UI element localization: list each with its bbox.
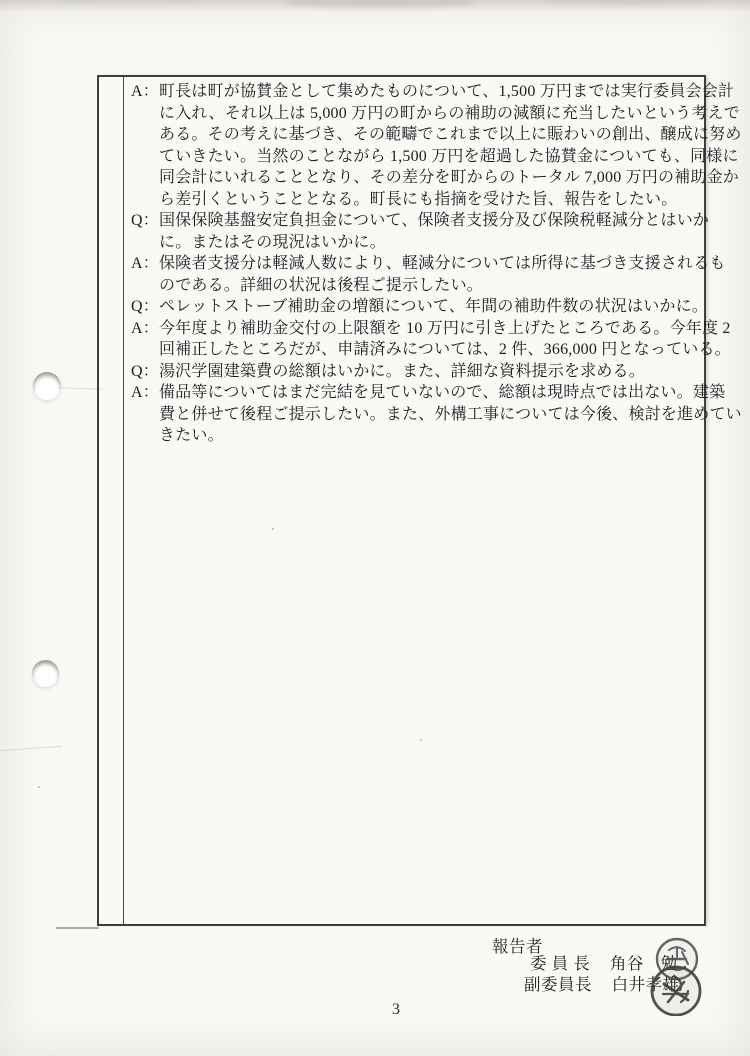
page-number: 3 [392,1001,400,1019]
punch-hole-top [33,372,61,400]
table-margin-column [99,77,124,924]
qa-line: きたい。 [131,425,742,447]
qa-line: のである。詳細の状況は後程ご提示したい。 [131,275,742,297]
vice-chair-role: 副委員長 [524,971,592,995]
qa-line: に入れ、それ以上は 5,000 万円の町からの補助の減額に充当したいという考えで [131,103,742,125]
scan-smudge-top [0,0,750,12]
punch-hole-bottom [32,660,59,687]
qa-line: 費と併せて後程ご提示したい。また、外構工事については今後、検討を進めてい [131,404,742,426]
vice-chair-seal-stamp-icon [652,967,700,1015]
scan-smudge-blob [545,0,715,6]
scanned-page: A：町長は町が協賛金として集めたものについて、1,500 万円までは実行委員会会… [0,0,750,1056]
qa-line: 同会計にいれることとなり、その差分を町からのトータル 7,000 万円の補助金か [131,167,742,189]
qa-line: 回補正したところだが、申請済みについては、2 件、366,000 円となっている… [131,339,742,361]
scan-smudge-blob [60,0,200,5]
qa-line: ら差引くということとなる。町長にも指摘を受けた旨、報告をしたい。 [131,189,742,211]
scan-smudge-blob [285,0,475,8]
qa-text-column: A：町長は町が協賛金として集めたものについて、1,500 万円までは実行委員会会… [124,77,750,924]
qa-line: A：町長は町が協賛金として集めたものについて、1,500 万円までは実行委員会会… [131,81,742,103]
scan-speck [38,786,40,788]
qa-line: A：今年度より補助金交付の上限額を 10 万円に引き上げたところである。今年度 … [131,318,742,340]
qa-line: A：備品等についてはまだ完結を見ていないので、総額は現時点では出ない。建築 [131,382,742,404]
qa-line: Q：湯沢学園建築費の総額はいかに。また、詳細な資料提示を求める。 [131,361,742,383]
qa-line: A：保険者支援分は軽減人数により、軽減分については所得に基づき支援されるも [131,253,742,275]
paper-crease [0,746,62,751]
qa-line: に。またはその現況はいかに。 [131,232,742,254]
qa-line: Q：ペレットストーブ補助金の増額について、年間の補助件数の状況はいかに。 [131,296,742,318]
qa-lines: A：町長は町が協賛金として集めたものについて、1,500 万円までは実行委員会会… [131,81,742,447]
qa-line: Q：国保保険基盤安定負担金について、保険者支援分及び保険税軽減分とはいか [131,210,742,232]
qa-line: ある。その考えに基づき、その範疇でこれまで以上に賑わいの創出、醸成に努め [131,124,742,146]
minutes-table: A：町長は町が協賛金として集めたものについて、1,500 万円までは実行委員会会… [97,75,706,926]
scan-artifact-line [56,927,99,929]
seal-stamps [648,932,710,1016]
qa-line: ていきたい。当然のことながら 1,500 万円を超過した協賛金についても、同様に [131,146,742,168]
